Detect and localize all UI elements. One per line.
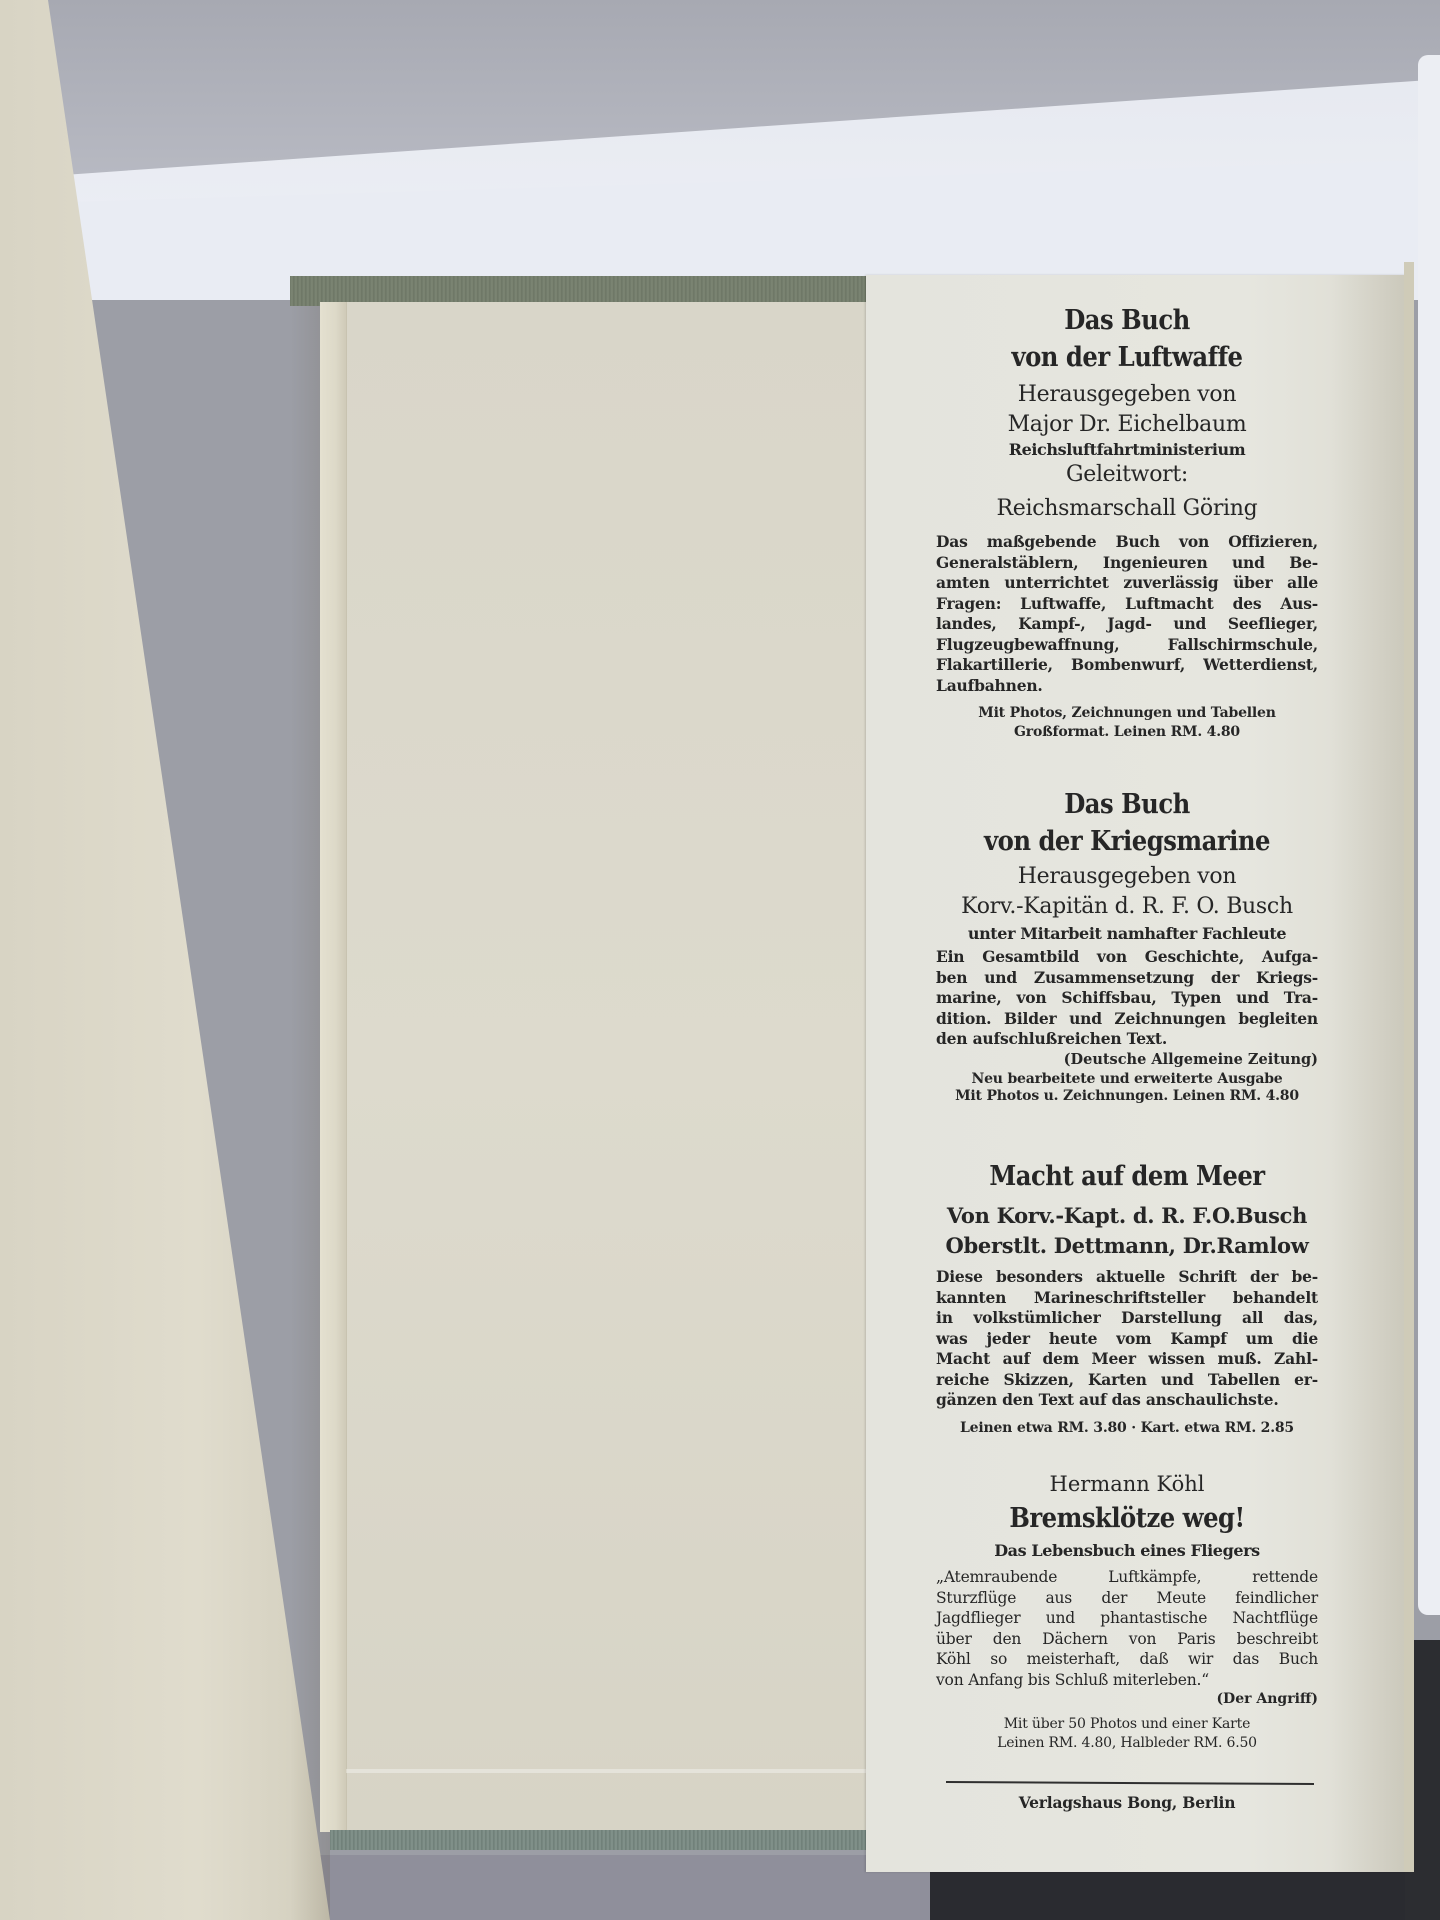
description-line: Generalstäblern, Ingenieuren und Be- — [936, 553, 1318, 574]
ad-title: von der Luftwaffe — [936, 339, 1318, 376]
ad-description: Diese besonders aktuelle Schrift der be-… — [936, 1267, 1318, 1411]
flap-fold — [1404, 262, 1414, 1872]
ad-editor: Major Dr. Eichelbaum — [936, 410, 1318, 440]
ad-editor: Korv.-Kapitän d. R. F. O. Busch — [936, 892, 1318, 922]
description-line: marine, von Schiffsbau, Typen und Tra- — [936, 988, 1318, 1009]
description-line: Sturzflüge aus der Meute feindlicher — [936, 1588, 1318, 1609]
description-line: Diese besonders aktuelle Schrift der be- — [936, 1267, 1318, 1288]
flap-edge-shadow — [1330, 275, 1410, 1872]
description-line: „Atemraubende Luftkämpfe, rettende — [936, 1567, 1318, 1588]
description-line: dition. Bilder und Zeichnungen begleiten — [936, 1009, 1318, 1030]
publisher-name: Verlagshaus Bong, Berlin — [936, 1793, 1318, 1812]
ad-description: Das maßgebende Buch von Offizieren, Gene… — [936, 532, 1318, 696]
description-line: Flugzeugbewaffnung, Fallschirmschule, — [936, 635, 1318, 656]
ad-foreword-by: Reichsmarschall Göring — [936, 494, 1318, 524]
ad-collaboration: unter Mitarbeit namhafter Fachleute — [936, 924, 1318, 944]
ad-authors: Von Korv.-Kapt. d. R. F.O.Busch — [936, 1201, 1318, 1231]
ad-editor-label: Herausgegeben von — [936, 380, 1318, 410]
description-line: den aufschlußreichen Text. — [936, 1029, 1318, 1050]
ad-authors: Oberstlt. Dettmann, Dr.Ramlow — [936, 1231, 1318, 1261]
ad-affiliation: Reichsluftfahrtministerium — [936, 440, 1318, 460]
ad-title: Macht auf dem Meer — [936, 1158, 1318, 1195]
endpaper-hinge — [320, 302, 347, 1832]
ad-luftwaffe: Das Buch von der Luftwaffe Herausgegeben… — [936, 302, 1318, 742]
ad-details: Mit über 50 Photos und einer Karte — [936, 1715, 1318, 1734]
ad-macht-auf-dem-meer: Macht auf dem Meer Von Korv.-Kapt. d. R.… — [936, 1158, 1318, 1438]
ad-kriegsmarine: Das Buch von der Kriegsmarine Herausgege… — [936, 786, 1318, 1105]
ad-quote-source: (Deutsche Allgemeine Zeitung) — [936, 1050, 1318, 1069]
description-line: Köhl so meisterhaft, daß wir das Buch — [936, 1649, 1318, 1670]
description-line: ben und Zusammensetzung der Kriegs- — [936, 968, 1318, 989]
description-line: kannten Marineschriftsteller behandelt — [936, 1288, 1318, 1309]
description-line: amten unterrichtet zuverlässig über alle — [936, 573, 1318, 594]
ad-title: Das Buch — [936, 786, 1318, 823]
ad-title: Bremsklötze weg! — [936, 1500, 1318, 1537]
right-card-background — [1418, 55, 1440, 1615]
description-line: gänzen den Text auf das anschaulichste. — [936, 1390, 1318, 1411]
ad-price: Leinen RM. 4.80, Halbleder RM. 6.50 — [936, 1734, 1318, 1753]
description-line: landes, Kampf-, Jagd- und Seeflieger, — [936, 614, 1318, 635]
ad-price: Leinen etwa RM. 3.80 · Kart. etwa RM. 2.… — [936, 1419, 1318, 1438]
description-line: Ein Gesamtbild von Geschichte, Aufga- — [936, 947, 1318, 968]
description-line: Laufbahnen. — [936, 676, 1318, 697]
ad-details: Neu bearbeitete und erweiterte Ausgabe — [936, 1071, 1318, 1088]
ad-subtitle: Das Lebensbuch eines Fliegers — [936, 1541, 1318, 1561]
ad-details: Mit Photos, Zeichnungen und Tabellen — [936, 704, 1318, 723]
ad-title: Das Buch — [936, 302, 1318, 339]
description-line: Fragen: Luftwaffe, Luftmacht des Aus- — [936, 594, 1318, 615]
description-line: was jeder heute vom Kampf um die — [936, 1329, 1318, 1350]
ad-description: Ein Gesamtbild von Geschichte, Aufga- be… — [936, 947, 1318, 1050]
ad-bremskloetze-weg: Hermann Köhl Bremsklötze weg! Das Lebens… — [936, 1470, 1318, 1753]
description-line: von Anfang bis Schluß miterleben.“ — [936, 1670, 1318, 1691]
ad-author: Hermann Köhl — [936, 1470, 1318, 1498]
description-line: Macht auf dem Meer wissen muß. Zahl- — [936, 1349, 1318, 1370]
ad-editor-label: Herausgegeben von — [936, 862, 1318, 892]
description-line: Jagdflieger und phantastische Nachtflüge — [936, 1608, 1318, 1629]
description-line: Das maßgebende Buch von Offizieren, — [936, 532, 1318, 553]
ad-title: von der Kriegsmarine — [936, 823, 1318, 860]
description-line: über den Dächern von Paris beschreibt — [936, 1629, 1318, 1650]
ad-quote-source: (Der Angriff) — [936, 1690, 1318, 1709]
description-line: reiche Skizzen, Karten und Tabellen er- — [936, 1370, 1318, 1391]
ad-price: Mit Photos u. Zeichnungen. Leinen RM. 4.… — [936, 1088, 1318, 1105]
ad-price: Großformat. Leinen RM. 4.80 — [936, 723, 1318, 742]
description-line: Flakartillerie, Bombenwurf, Wetterdienst… — [936, 655, 1318, 676]
ad-foreword-label: Geleitwort: — [936, 460, 1318, 490]
description-line: in volkstümlicher Darstellung all das, — [936, 1308, 1318, 1329]
ad-description: „Atemraubende Luftkämpfe, rettende Sturz… — [936, 1567, 1318, 1690]
